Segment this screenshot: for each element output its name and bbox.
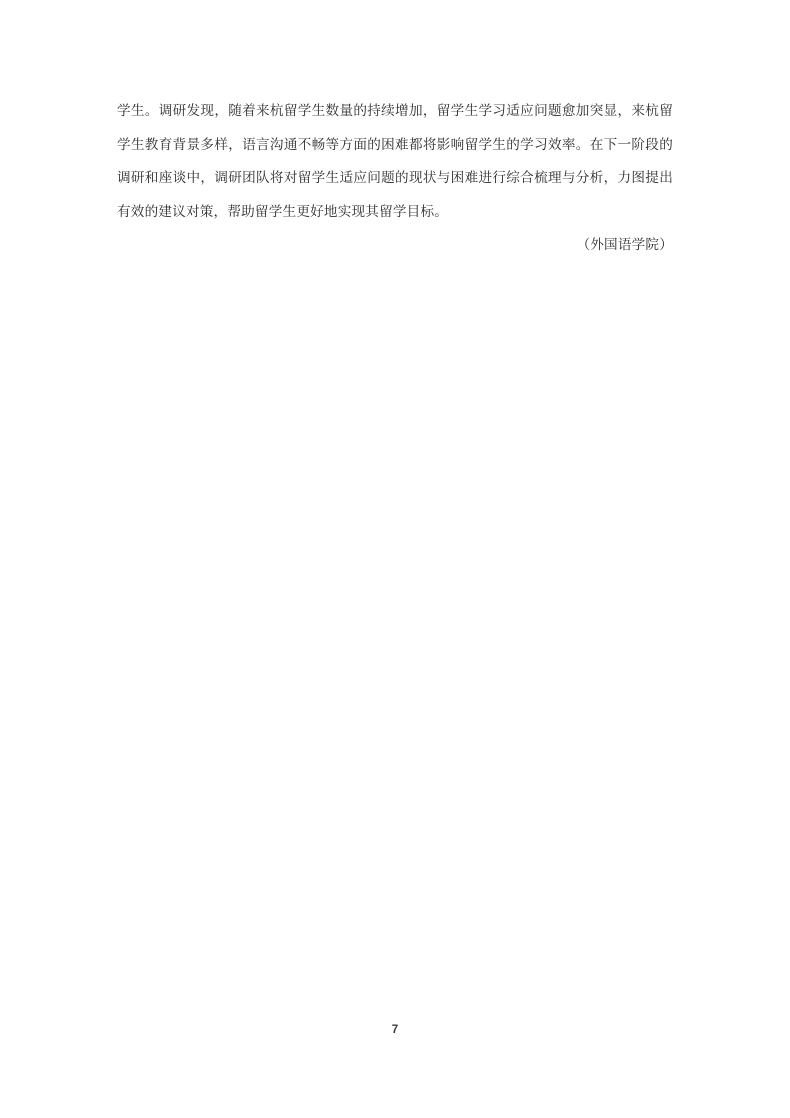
page-footer: 7 <box>0 1020 790 1038</box>
paragraph-line: 调研和座谈中，调研团队将对留学生适应问题的现状与困难进行综合梳理与分析，力图提出 <box>117 161 673 195</box>
paragraph-line: 学生教育背景多样，语言沟通不畅等方面的困难都将影响留学生的学习效率。在下一阶段的 <box>117 128 673 162</box>
paragraph-line-last: 有效的建议对策，帮助留学生更好地实现其留学目标。 <box>117 195 673 229</box>
page-number: 7 <box>392 1024 398 1036</box>
attribution-line: （外国语学院） <box>117 228 673 262</box>
document-page: 学生。调研发现，随着来杭留学生数量的持续增加，留学生学习适应问题愈加突显，来杭留… <box>0 0 790 1118</box>
paragraph-line: 学生。调研发现，随着来杭留学生数量的持续增加，留学生学习适应问题愈加突显，来杭留 <box>117 94 673 128</box>
body-text-block: 学生。调研发现，随着来杭留学生数量的持续增加，留学生学习适应问题愈加突显，来杭留… <box>117 94 673 262</box>
